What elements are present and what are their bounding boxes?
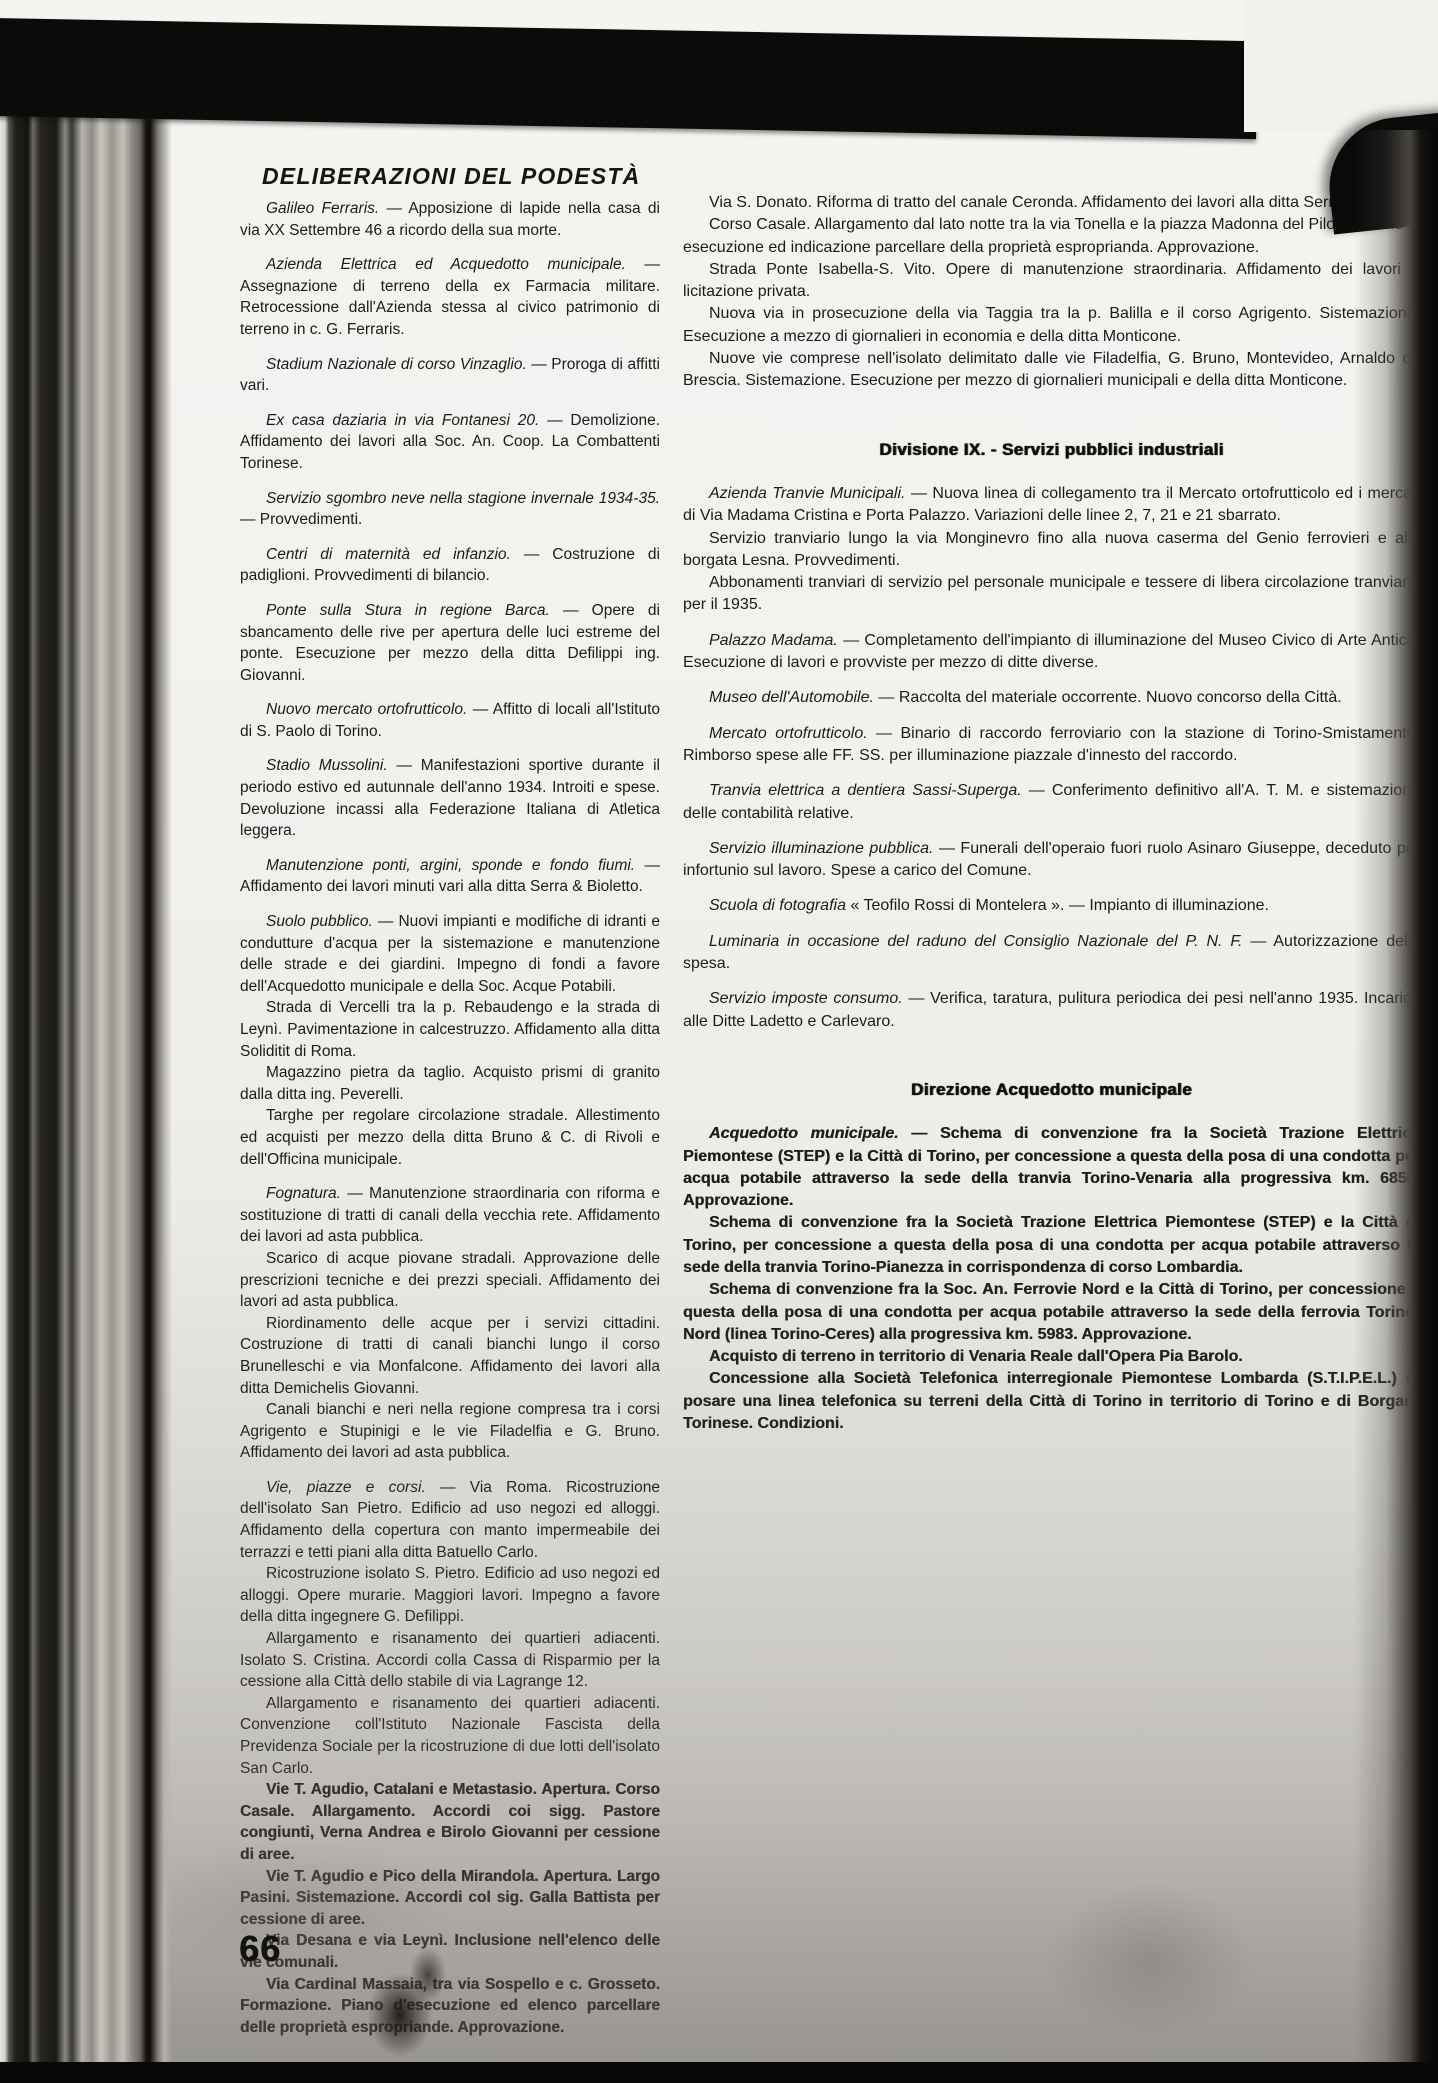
entry-lead: Azienda Elettrica ed Acquedotto municipa… <box>266 256 645 273</box>
deliberation-entry: Museo dell'Automobile. — Raccolta del ma… <box>683 687 1420 709</box>
deliberation-entry: Corso Casale. Allargamento dal lato nott… <box>683 214 1420 259</box>
deliberation-entry: Targhe per regolare circolazione stradal… <box>240 1105 660 1170</box>
entry-lead: Servizio illuminazione pubblica. <box>709 840 939 857</box>
deliberation-entry: Vie T. Agudio, Catalani e Metastasio. Ap… <box>240 1779 660 1865</box>
deliberation-entry: Galileo Ferraris. — Apposizione di lapid… <box>240 198 660 241</box>
deliberation-entry: Scarico di acque piovane stradali. Appro… <box>240 1248 660 1313</box>
deliberation-entry: Allargamento e risanamento dei quartieri… <box>240 1693 660 1779</box>
entry-lead: Nuovo mercato ortofrutticolo. <box>266 701 473 718</box>
deliberation-entry: Vie, piazze e corsi. — Via Roma. Ricostr… <box>240 1477 660 1563</box>
entry-lead: Stadio Mussolini. <box>266 757 396 774</box>
deliberation-entry: Via Desana e via Leynì. Inclusione nell'… <box>240 1930 660 1973</box>
deliberation-entry: Acquedotto municipale. — Schema di conve… <box>683 1123 1420 1212</box>
deliberation-entry: Manutenzione ponti, argini, sponde e fon… <box>240 855 660 898</box>
deliberation-entry: Stadio Mussolini. — Manifestazioni sport… <box>240 755 660 841</box>
deliberation-entry: Stadium Nazionale di corso Vinzaglio. — … <box>240 354 660 397</box>
entry-lead: Suolo pubblico. <box>266 913 378 930</box>
deliberation-entry: Vie T. Agudio e Pico della Mirandola. Ap… <box>240 1866 660 1931</box>
deliberation-entry: Ponte sulla Stura in regione Barca. — Op… <box>240 600 660 686</box>
entry-lead: Servizio imposte consumo. <box>709 990 908 1007</box>
entry-lead: Stadium Nazionale di corso Vinzaglio. <box>266 356 531 373</box>
bottom-scan-band <box>0 2062 1438 2083</box>
deliberation-entry: Mercato ortofrutticolo. — Binario di rac… <box>683 723 1420 768</box>
section-header: Direzione Acquedotto municipale <box>683 1079 1420 1101</box>
entry-lead: Servizio sgombro neve nella stagione inv… <box>266 490 660 507</box>
top-right-notch <box>1244 0 1438 132</box>
deliberation-entry: Fognatura. — Manutenzione straordinaria … <box>240 1183 660 1248</box>
deliberation-entry: Schema di convenzione fra la Società Tra… <box>683 1212 1420 1279</box>
scanned-document-page: DELIBERAZIONI DEL PODESTÀ Galileo Ferrar… <box>0 0 1438 2083</box>
deliberation-entry: Strada Ponte Isabella-S. Vito. Opere di … <box>683 259 1420 304</box>
entry-lead: Tranvia elettrica a dentiera Sassi-Super… <box>709 782 1029 799</box>
deliberation-entry: Abbonamenti tranviari di servizio pel pe… <box>683 572 1420 617</box>
entry-lead: Museo dell'Automobile. <box>709 689 878 706</box>
deliberation-entry: Acquisto di terreno in territorio di Ven… <box>683 1346 1420 1368</box>
deliberation-entry: Palazzo Madama. — Completamento dell'imp… <box>683 630 1420 675</box>
top-scan-band <box>0 18 1258 139</box>
deliberation-entry: Servizio imposte consumo. — Verifica, ta… <box>683 988 1420 1033</box>
entry-lead: Acquedotto municipale. <box>709 1125 911 1142</box>
deliberation-entry: Nuove vie comprese nell'isolato delimita… <box>683 348 1420 393</box>
deliberation-entry: Centri di maternità ed infanzio. — Costr… <box>240 544 660 587</box>
deliberation-entry: Magazzino pietra da taglio. Acquisto pri… <box>240 1062 660 1105</box>
deliberation-entry: Servizio illuminazione pubblica. — Funer… <box>683 838 1420 883</box>
entry-lead: Azienda Tranvie Municipali. <box>709 485 911 502</box>
entry-lead: Galileo Ferraris. <box>266 200 386 217</box>
entry-lead: Ex casa daziaria in via Fontanesi 20. <box>266 412 547 429</box>
deliberation-entry: Nuovo mercato ortofrutticolo. — Affitto … <box>240 699 660 742</box>
left-column: Galileo Ferraris. — Apposizione di lapid… <box>240 198 660 2038</box>
deliberation-entry: Azienda Tranvie Municipali. — Nuova line… <box>683 483 1420 528</box>
deliberation-entry: Canali bianchi e neri nella regione comp… <box>240 1399 660 1464</box>
deliberation-entry: Riordinamento delle acque per i servizi … <box>240 1313 660 1399</box>
entry-lead: Mercato ortofrutticolo. <box>709 725 876 742</box>
deliberation-entry: Luminaria in occasione del raduno del Co… <box>683 931 1420 976</box>
deliberation-entry: Schema di convenzione fra la Soc. An. Fe… <box>683 1279 1420 1346</box>
deliberation-entry: Azienda Elettrica ed Acquedotto municipa… <box>240 254 660 340</box>
deliberation-entry: Concessione alla Società Telefonica inte… <box>683 1368 1420 1435</box>
entry-lead: Scuola di fotografia <box>709 897 850 914</box>
deliberation-entry: Suolo pubblico. — Nuovi impianti e modif… <box>240 911 660 997</box>
deliberation-entry: Nuova via in prosecuzione della via Tagg… <box>683 303 1420 348</box>
right-column: Via S. Donato. Riforma di tratto del can… <box>683 192 1420 1435</box>
page-number: 66 <box>239 1928 281 1970</box>
entry-lead: Centri di maternità ed infanzio. <box>266 546 524 563</box>
deliberation-entry: Allargamento e risanamento dei quartieri… <box>240 1628 660 1693</box>
deliberation-entry: Ricostruzione isolato S. Pietro. Edifici… <box>240 1563 660 1628</box>
section-header: Divisione IX. - Servizi pubblici industr… <box>683 439 1420 461</box>
entry-lead: Luminaria in occasione del raduno del Co… <box>709 933 1250 950</box>
entry-lead: Ponte sulla Stura in regione Barca. <box>266 602 563 619</box>
deliberation-entry: Scuola di fotografia « Teofilo Rossi di … <box>683 895 1420 917</box>
deliberation-entry: Strada di Vercelli tra la p. Rebaudengo … <box>240 997 660 1062</box>
book-gutter-shadow <box>0 110 172 2083</box>
right-edge-band <box>1354 130 1438 2083</box>
page-title: DELIBERAZIONI DEL PODESTÀ <box>262 163 640 190</box>
entry-lead: Palazzo Madama. <box>709 632 843 649</box>
entry-lead: Fognatura. <box>266 1185 347 1202</box>
deliberation-entry: Via Cardinal Massaia, tra via Sospello e… <box>240 1974 660 2039</box>
deliberation-entry: Servizio tranviario lungo la via Mongine… <box>683 528 1420 573</box>
entry-lead: Manutenzione ponti, argini, sponde e fon… <box>266 857 645 874</box>
deliberation-entry: Ex casa daziaria in via Fontanesi 20. — … <box>240 410 660 475</box>
deliberation-entry: Via S. Donato. Riforma di tratto del can… <box>683 192 1420 214</box>
entry-lead: Vie, piazze e corsi. <box>266 1479 440 1496</box>
deliberation-entry: Servizio sgombro neve nella stagione inv… <box>240 488 660 531</box>
deliberation-entry: Tranvia elettrica a dentiera Sassi-Super… <box>683 780 1420 825</box>
